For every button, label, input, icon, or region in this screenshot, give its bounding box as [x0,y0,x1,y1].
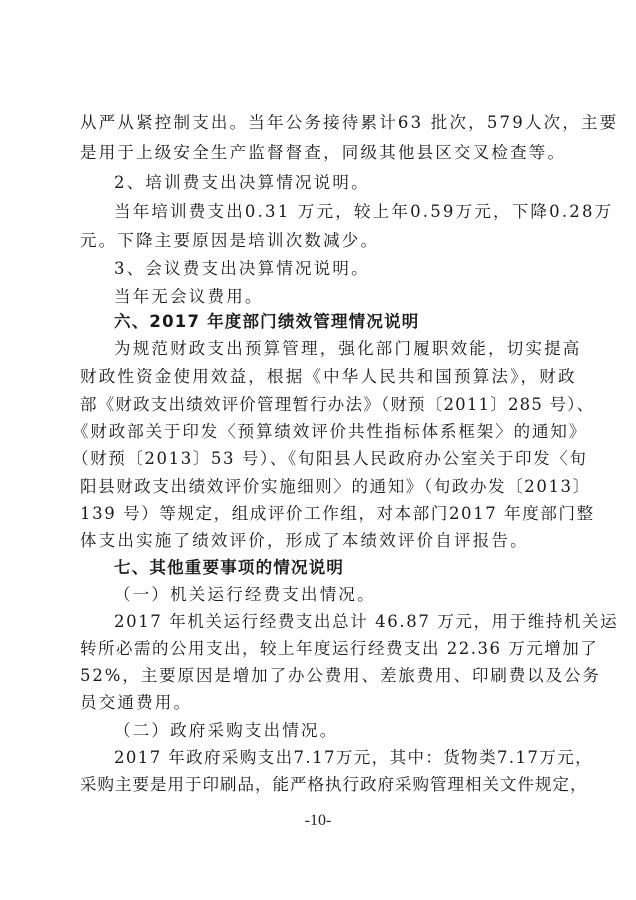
text-line: 为规范财政支出预算管理，强化部门履职效能，切实提高 [114,338,604,360]
text-line: 从严从紧控制支出。当年公务接待累计63 批次，579人次，主要 [80,112,570,134]
text-line: 部《财政支出绩效评价管理暂行办法》（财预〔2011〕285 号）、 [80,394,570,416]
text-line: 2017 年政府采购支出7.17万元，其中：货物类7.17万元， [114,747,604,769]
text-line: 元。下降主要原因是培训次数减少。 [80,230,570,252]
text-line: 2017 年机关运行经费支出总计 46.87 万元，用于维持机关运 [114,611,604,633]
text-line: 转所必需的公用支出，较上年度运行经费支出 22.36 万元增加了 [80,638,570,660]
text-line: （财预〔2013〕53 号）、《旬阳县人民政府办公室关于印发〈旬 [72,448,562,470]
text-line: 当年无会议费用。 [114,286,604,308]
section-heading: 七、其他重要事项的情况说明 [114,557,604,579]
page-number: -10- [0,812,636,830]
section-heading: 六、2017 年度部门绩效管理情况说明 [114,311,604,333]
text-line: 采购主要是用于印刷品，能严格执行政府采购管理相关文件规定， [80,774,570,796]
subsection-title: 2、培训费支出决算情况说明。 [114,172,604,194]
subsection-title: （一）机关运行经费支出情况。 [114,584,604,606]
subsection-title: （二）政府采购支出情况。 [114,720,604,742]
subsection-title: 3、会议费支出决算情况说明。 [114,258,604,280]
text-line: 139 号）等规定，组成评价工作组，对本部门2017 年度部门整 [80,503,570,525]
text-line: 当年培训费支出0.31 万元，较上年0.59万元，下降0.28万 [114,201,604,223]
text-line: 阳县财政支出绩效评价实施细则〉的通知》（旬政办发〔2013〕 [80,476,570,498]
text-line: 52%，主要原因是增加了办公费用、差旅费用、印刷费以及公务 [80,665,570,687]
text-line: 是用于上级安全生产监督督查，同级其他县区交叉检查等。 [80,142,570,164]
document-page: 从严从紧控制支出。当年公务接待累计63 批次，579人次，主要 是用于上级安全生… [0,0,636,900]
text-line: 财政性资金使用效益，根据《中华人民共和国预算法》，财政 [80,366,570,388]
text-line: 体支出实施了绩效评价，形成了本绩效评价自评报告。 [80,530,570,552]
text-line: 员交通费用。 [80,692,570,714]
text-line: 《财政部关于印发〈预算绩效评价共性指标体系框架〉的通知》 [72,421,562,443]
